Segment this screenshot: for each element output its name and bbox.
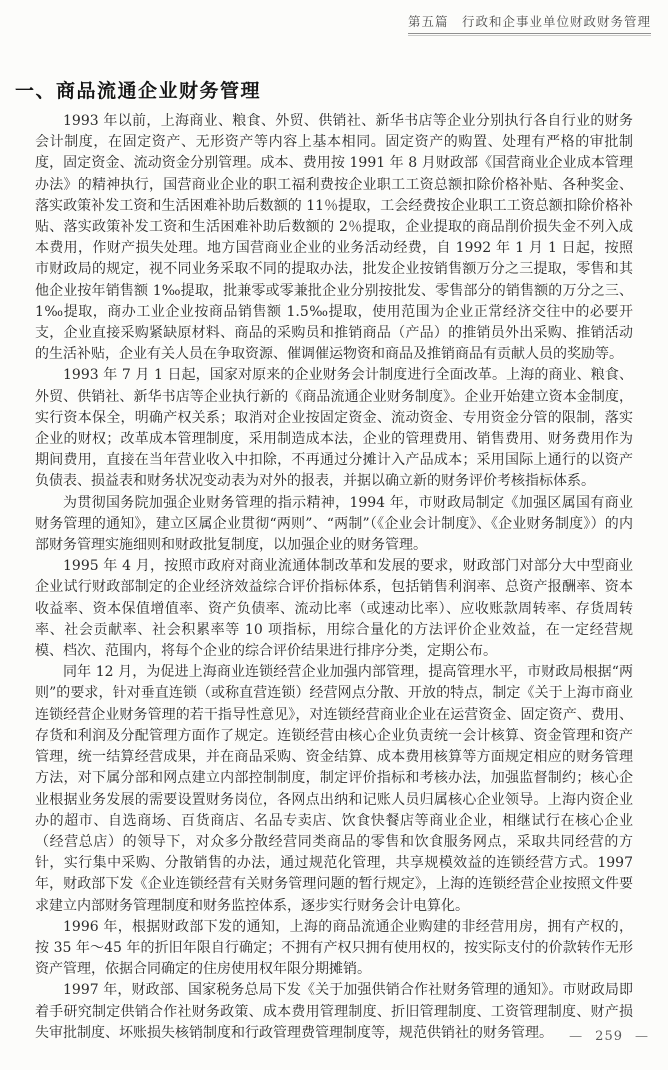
paragraph: 同年 12 月，为促进上海商业连锁经营企业加强内部管理，提高管理水平，市财政局根… bbox=[35, 662, 633, 916]
section-heading: 一、商品流通企业财务管理 bbox=[15, 76, 261, 103]
page-number-dash-right: — bbox=[635, 1029, 649, 1044]
page-footer: — 259 — bbox=[569, 1029, 649, 1044]
running-header: 第五篇 行政和企事业单位财政财务管理 bbox=[408, 12, 651, 36]
body-text: 1993 年以前，上海商业、粮食、外贸、供销社、新华书店等企业分别执行各自行业的… bbox=[35, 111, 633, 1044]
running-header-text: 第五篇 行政和企事业单位财政财务管理 bbox=[408, 12, 651, 30]
paragraph: 1996 年，根据财政部下发的通知，上海的商品流通企业购建的非经营用房，拥有产权… bbox=[35, 917, 633, 981]
paragraph: 1995 年 4 月，按照市政府对商业流通体制改革和发展的要求，财政部门对部分大… bbox=[35, 556, 633, 662]
paragraph: 1993 年 7 月 1 日起，国家对原来的企业财务会计制度进行全面改革。上海的… bbox=[35, 365, 633, 492]
paragraph: 为贯彻国务院加强企业财务管理的指示精神，1994 年，市财政局制定《加强区属国有… bbox=[35, 493, 633, 557]
paragraph: 1997 年，财政部、国家税务总局下发《关于加强供销合作社财务管理的通知》。市财… bbox=[35, 980, 633, 1044]
header-rule bbox=[408, 33, 651, 36]
page-number: 259 bbox=[595, 1029, 623, 1044]
book-page: 第五篇 行政和企事业单位财政财务管理 一、商品流通企业财务管理 1993 年以前… bbox=[0, 0, 668, 1070]
paragraph: 1993 年以前，上海商业、粮食、外贸、供销社、新华书店等企业分别执行各自行业的… bbox=[35, 111, 633, 365]
page-number-dash-left: — bbox=[569, 1029, 583, 1044]
